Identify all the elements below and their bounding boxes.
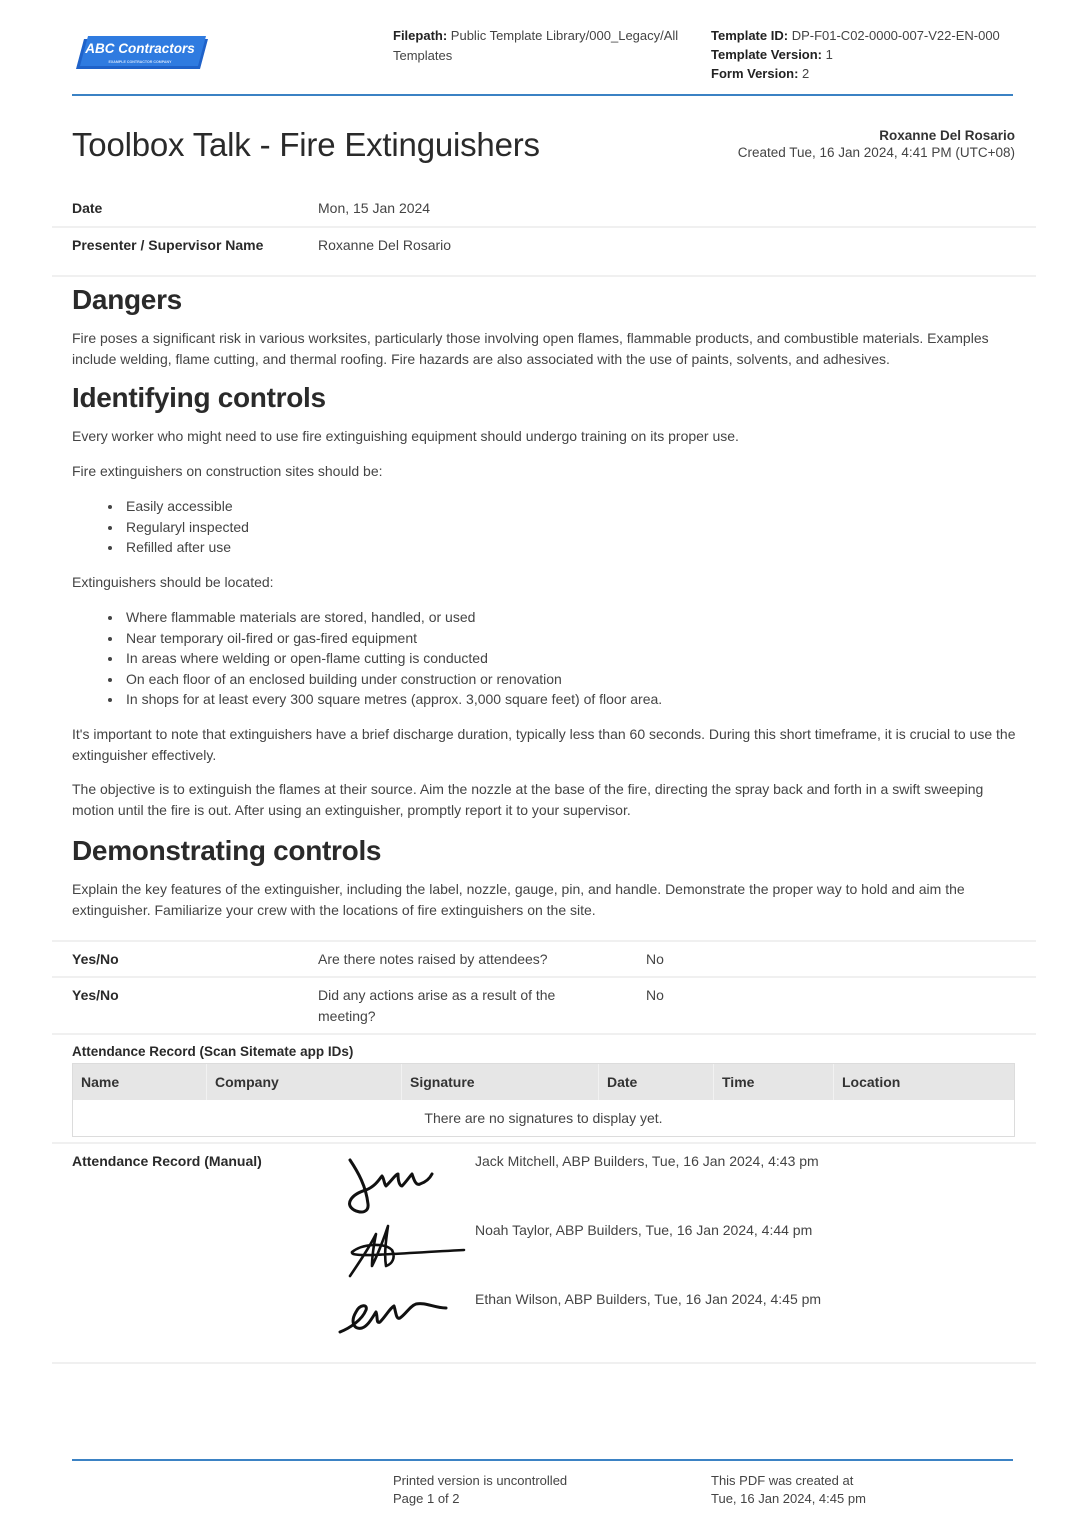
- divider: [52, 1142, 1036, 1144]
- column-header-date: Date: [599, 1064, 714, 1100]
- field-row-presenter: Presenter / Supervisor Name Roxanne Del …: [52, 228, 1036, 277]
- page-number: Page 1 of 2: [393, 1490, 567, 1508]
- identifying-p5: The objective is to extinguish the flame…: [72, 779, 1017, 821]
- column-header-signature: Signature: [402, 1064, 599, 1100]
- demonstrating-text: Explain the key features of the extingui…: [72, 879, 1017, 921]
- attendee-entry: Jack Mitchell, ABP Builders, Tue, 16 Jan…: [475, 1153, 819, 1169]
- empty-table-message: There are no signatures to display yet.: [73, 1100, 1014, 1136]
- author-block: Roxanne Del Rosario Created Tue, 16 Jan …: [738, 127, 1015, 161]
- uncontrolled-notice: Printed version is uncontrolled: [393, 1472, 567, 1490]
- list-item: In shops for at least every 300 square m…: [108, 689, 662, 710]
- list-item: Near temporary oil-fired or gas-fired eq…: [108, 628, 662, 649]
- list-item: Where flammable materials are stored, ha…: [108, 607, 662, 628]
- svg-text:EXAMPLE CONTRACTOR COMPANY: EXAMPLE CONTRACTOR COMPANY: [109, 60, 173, 64]
- question-answer: No: [646, 987, 664, 1003]
- template-id-label: Template ID:: [711, 28, 788, 43]
- template-id-value: DP-F01-C02-0000-007-V22-EN-000: [792, 28, 1000, 43]
- signature-nt-icon: [336, 1216, 466, 1284]
- question-answer: No: [646, 951, 664, 967]
- pdf-created-label: This PDF was created at: [711, 1472, 866, 1490]
- template-version-label: Template Version:: [711, 47, 822, 62]
- signature-ew-icon: [336, 1284, 466, 1352]
- extinguisher-requirements-list: Easily accessible Regularyl inspected Re…: [108, 496, 249, 558]
- filepath-label: Filepath:: [393, 28, 447, 43]
- table-header: Name Company Signature Date Time Locatio…: [73, 1064, 1014, 1100]
- column-header-company: Company: [207, 1064, 402, 1100]
- list-item: Refilled after use: [108, 537, 249, 558]
- header-divider: [72, 94, 1013, 96]
- field-row-date: Date Mon, 15 Jan 2024: [52, 189, 1036, 228]
- column-header-time: Time: [714, 1064, 834, 1100]
- attendance-manual-title: Attendance Record (Manual): [72, 1153, 262, 1169]
- list-item: On each floor of an enclosed building un…: [108, 669, 662, 690]
- field-value: Roxanne Del Rosario: [318, 235, 451, 256]
- identifying-p1: Every worker who might need to use fire …: [72, 426, 1017, 447]
- section-heading-dangers: Dangers: [72, 284, 182, 316]
- filepath: Filepath: Public Template Library/000_Le…: [393, 26, 693, 66]
- identifying-p2: Fire extinguishers on construction sites…: [72, 461, 1017, 482]
- field-label: Presenter / Supervisor Name: [72, 237, 263, 253]
- footer-right: This PDF was created at Tue, 16 Jan 2024…: [711, 1472, 866, 1508]
- attendance-scan-table: Name Company Signature Date Time Locatio…: [72, 1063, 1015, 1137]
- list-item: Regularyl inspected: [108, 517, 249, 538]
- question-type: Yes/No: [72, 951, 119, 967]
- column-header-name: Name: [73, 1064, 207, 1100]
- identifying-p3: Extinguishers should be located:: [72, 572, 1017, 593]
- identifying-p4: It's important to note that extinguisher…: [72, 724, 1017, 766]
- form-version-label: Form Version:: [711, 66, 798, 81]
- field-label: Date: [72, 200, 102, 216]
- question-text: Did any actions arise as a result of the…: [318, 985, 588, 1027]
- company-logo: ABC Contractors EXAMPLE CONTRACTOR COMPA…: [74, 36, 210, 74]
- divider: [52, 1362, 1036, 1364]
- list-item: In areas where welding or open-flame cut…: [108, 648, 662, 669]
- attendee-entry: Noah Taylor, ABP Builders, Tue, 16 Jan 2…: [475, 1222, 812, 1238]
- question-type: Yes/No: [72, 987, 119, 1003]
- extinguisher-locations-list: Where flammable materials are stored, ha…: [108, 607, 662, 710]
- list-item: Easily accessible: [108, 496, 249, 517]
- dangers-text: Fire poses a significant risk in various…: [72, 328, 1017, 370]
- attendee-entry: Ethan Wilson, ABP Builders, Tue, 16 Jan …: [475, 1291, 821, 1307]
- page-title: Toolbox Talk - Fire Extinguishers: [72, 126, 540, 164]
- template-version-value: 1: [826, 47, 833, 62]
- form-version-value: 2: [802, 66, 809, 81]
- section-heading-identifying: Identifying controls: [72, 382, 326, 414]
- attendance-scan-title: Attendance Record (Scan Sitemate app IDs…: [72, 1044, 353, 1059]
- question-row: Yes/No Did any actions arise as a result…: [52, 978, 1036, 1035]
- footer-divider: [72, 1459, 1013, 1461]
- author-name: Roxanne Del Rosario: [738, 127, 1015, 144]
- pdf-created-value: Tue, 16 Jan 2024, 4:45 pm: [711, 1490, 866, 1508]
- section-heading-demonstrating: Demonstrating controls: [72, 835, 381, 867]
- footer-left: Printed version is uncontrolled Page 1 o…: [393, 1472, 567, 1508]
- signature-jm-icon: [336, 1152, 466, 1220]
- question-text: Are there notes raised by attendees?: [318, 949, 588, 970]
- created-timestamp: Created Tue, 16 Jan 2024, 4:41 PM (UTC+0…: [738, 144, 1015, 161]
- question-row: Yes/No Are there notes raised by attende…: [52, 940, 1036, 978]
- column-header-location: Location: [834, 1064, 1014, 1100]
- template-info: Template ID: DP-F01-C02-0000-007-V22-EN-…: [711, 26, 1031, 83]
- svg-text:ABC Contractors: ABC Contractors: [84, 41, 195, 56]
- field-value: Mon, 15 Jan 2024: [318, 198, 430, 219]
